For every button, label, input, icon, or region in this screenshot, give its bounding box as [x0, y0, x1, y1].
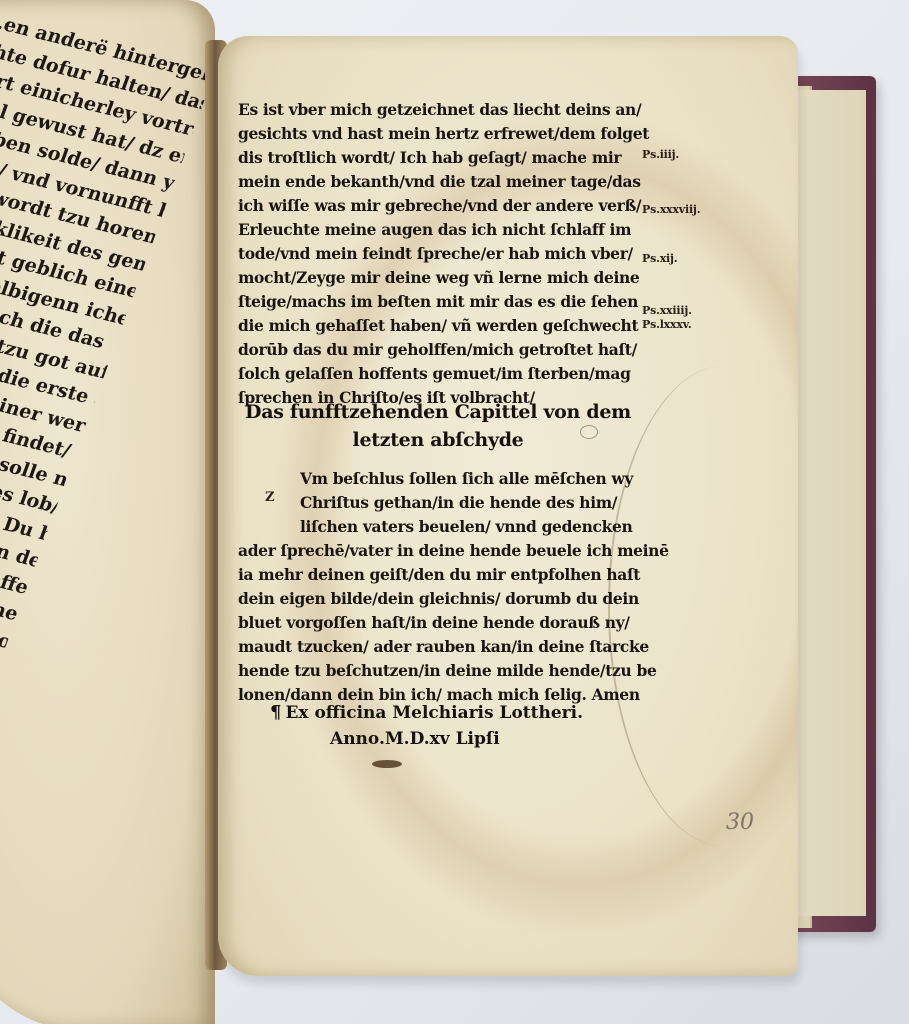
pilcrow-icon: ¶ [270, 702, 281, 723]
chapter-line: dein eigen bilde/dein gleichnis/ dorumb … [238, 587, 638, 611]
chapter-line: ader ſprechē/vater in deine hende beuele… [238, 539, 638, 563]
body-line: Erleuchte meine augen das ich nicht ſchl… [238, 218, 638, 242]
chapter-heading: Das funfftzehenden Capittel von dem letz… [238, 398, 638, 454]
chapter-line: Vm beſchlus ſollen ſich alle mēſchen wy [238, 467, 638, 491]
marginal-note-psalm: Ps.iiij. [642, 148, 679, 161]
body-line: ich wiſſe was mir gebreche/vnd der ander… [238, 194, 638, 218]
body-line: ſolch gelaſſen hoffents gemuet/im ſterbe… [238, 362, 638, 386]
ink-blot [372, 760, 402, 768]
left-page-text: ...en anderë hintergehen ichte dofur hal… [0, 6, 215, 925]
chapter-line: bluet vorgoſſen haſt/in deine hende dora… [238, 611, 638, 635]
pastedown-endpaper [790, 90, 866, 916]
body-line: dorūb das du mir geholffen/mich getroſte… [238, 338, 638, 362]
body-line: mein ende bekanth/vnd die tzal meiner ta… [238, 170, 638, 194]
body-line: dis troſtlich wordt/ Ich hab geſagt/ mac… [238, 146, 638, 170]
chapter-heading-line-2: letzten abſchyde [238, 426, 638, 454]
ring-stain [580, 425, 598, 439]
chapter-line: ia mehr deinen geiſt/den du mir entpfolh… [238, 563, 638, 587]
colophon-line-1: ¶Ex officina Melchiaris Lottheri. [270, 700, 583, 726]
right-page-body: Es ist vber mich getzeichnet das liecht … [238, 98, 638, 410]
colophon-line-2: Anno.M.D.xv Lipſi [270, 726, 583, 752]
book-photo: ...en anderë hintergehen ichte dofur hal… [0, 0, 909, 1024]
colophon-printer: Ex officina Melchiaris Lottheri. [285, 703, 583, 723]
body-line: mocht/Zeyge mir deine weg vñ lerne mich … [238, 266, 638, 290]
body-line: Es ist vber mich getzeichnet das liecht … [238, 98, 638, 122]
marginal-note-psalm: Ps.xij. [642, 252, 677, 265]
colophon: ¶Ex officina Melchiaris Lottheri. Anno.M… [270, 700, 583, 752]
body-line: gesichts vnd hast mein hertz erfrewet/de… [238, 122, 638, 146]
chapter-line: hende tzu beſchutzen/in deine milde hend… [238, 659, 638, 683]
body-line: ſteige/machs im beſten mit mir das es di… [238, 290, 638, 314]
chapter-heading-line-1: Das funfftzehenden Capittel von dem [238, 398, 638, 426]
marginal-note-psalm: Ps.lxxxv. [642, 318, 691, 331]
left-page: ...en anderë hintergehen ichte dofur hal… [0, 0, 215, 1024]
chapter-line: liſchen vaters beuelen/ vnnd gedencken [238, 515, 638, 539]
chapter-line: Chriſtus gethan/in die hende des him/ [238, 491, 638, 515]
marginal-note-psalm: Ps.xxxviij. [642, 203, 700, 216]
pencil-folio-number: 30 [726, 810, 754, 835]
body-line: die mich gehaſſet haben/ vñ werden geſch… [238, 314, 638, 338]
body-line: tode/vnd mein feindt ſpreche/er hab mich… [238, 242, 638, 266]
chapter-line: maudt tzucken/ ader rauben kan/in deine … [238, 635, 638, 659]
marginal-note-psalm: Ps.xxiiij. [642, 304, 692, 317]
chapter-body: Vm beſchlus ſollen ſich alle mēſchen wy … [238, 467, 638, 707]
